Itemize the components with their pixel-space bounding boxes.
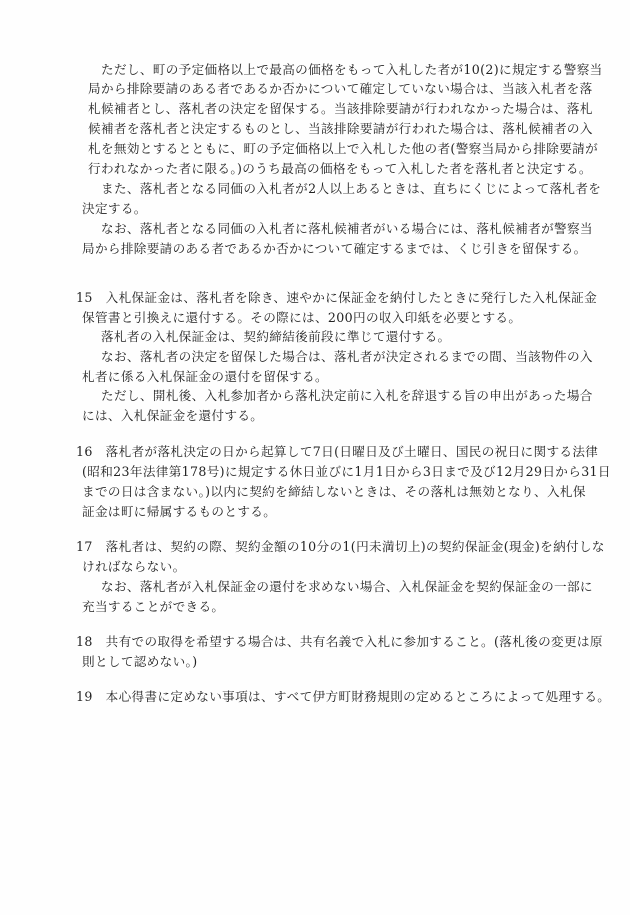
document-page: ただし、町の予定価格以上で最高の価格をもって入札した者が10(2)に規定する警察… — [0, 0, 630, 915]
text-line: 16 落札者が落札決定の日から起算して7日(日曜日及び土曜日、国民の祝日に関する… — [76, 442, 598, 461]
text-line: には、入札保証金を還付する。 — [82, 406, 263, 425]
text-line: また、落札者となる同価の入札者が2人以上あるときは、直ちにくじによって落札者を — [101, 179, 601, 198]
text-line: までの日は含まない。)以内に契約を締結しないときは、その落札は無効となり、入札保 — [82, 482, 586, 501]
text-line: 札者に係る入札保証金の還付を留保する。 — [82, 367, 328, 386]
text-line: 札を無効とするとともに、町の予定価格以上で入札した他の者(警察当局から排除要請が — [88, 139, 598, 158]
text-line: 決定する。 — [82, 199, 147, 218]
text-line: 候補者を落札者と決定するものとし、当該排除要請が行われた場合は、落札候補者の入 — [88, 119, 593, 138]
text-line: 19 本心得書に定めない事項は、すべて伊方町財務規則の定めるところによって処理す… — [76, 687, 610, 706]
text-line: 17 落札者は、契約の際、契約金額の10分の1(円未満切上)の契約保証金(現金)… — [76, 537, 605, 556]
text-line: なお、落札者の決定を留保した場合は、落札者が決定されるまでの間、当該物件の入 — [101, 347, 593, 366]
text-line: 行われなかった者に限る。)のうち最高の価格をもって入札した者を落札者と決定する。 — [88, 159, 592, 178]
text-line: 15 入札保証金は、落札者を除き、速やかに保証金を納付したときに発行した入札保証… — [76, 288, 597, 307]
text-line: 充当することができる。 — [82, 597, 224, 616]
text-line: 則として認めない。) — [82, 652, 197, 671]
text-line: なお、落札者が入札保証金の還付を求めない場合、入札保証金を契約保証金の一部に — [101, 577, 593, 596]
text-line: ければならない。 — [82, 557, 186, 576]
text-line: 落札者の入札保証金は、契約締結後前段に準じて還付する。 — [101, 327, 450, 346]
text-line: 保管書と引換えに還付する。その際には、200円の収入印紙を必要とする。 — [82, 308, 521, 327]
text-line: (昭和23年法律第178号)に規定する休日並びに1月1日から3日まで及び12月2… — [82, 462, 611, 481]
text-line: 局から排除要請のある者であるか否かについて確定していない場合は、当該入札者を落 — [88, 79, 593, 98]
text-line: ただし、町の予定価格以上で最高の価格をもって入札した者が10(2)に規定する警察… — [101, 60, 603, 79]
text-line: ただし、開札後、入札参加者から落札決定前に入札を辞退する旨の申出があった場合 — [101, 386, 593, 405]
text-line: なお、落札者となる同価の入札者に落札候補者がいる場合には、落札候補者が警察当 — [101, 219, 593, 238]
text-line: 証金は町に帰属するものとする。 — [82, 502, 276, 521]
text-line: 18 共有での取得を希望する場合は、共有名義で入札に参加すること。(落札後の変更… — [76, 632, 603, 651]
text-line: 札候補者とし、落札者の決定を留保する。当該排除要請が行われなかった場合は、落札 — [88, 99, 593, 118]
text-line: 局から排除要請のある者であるか否かについて確定するまでは、くじ引きを留保する。 — [82, 239, 587, 258]
